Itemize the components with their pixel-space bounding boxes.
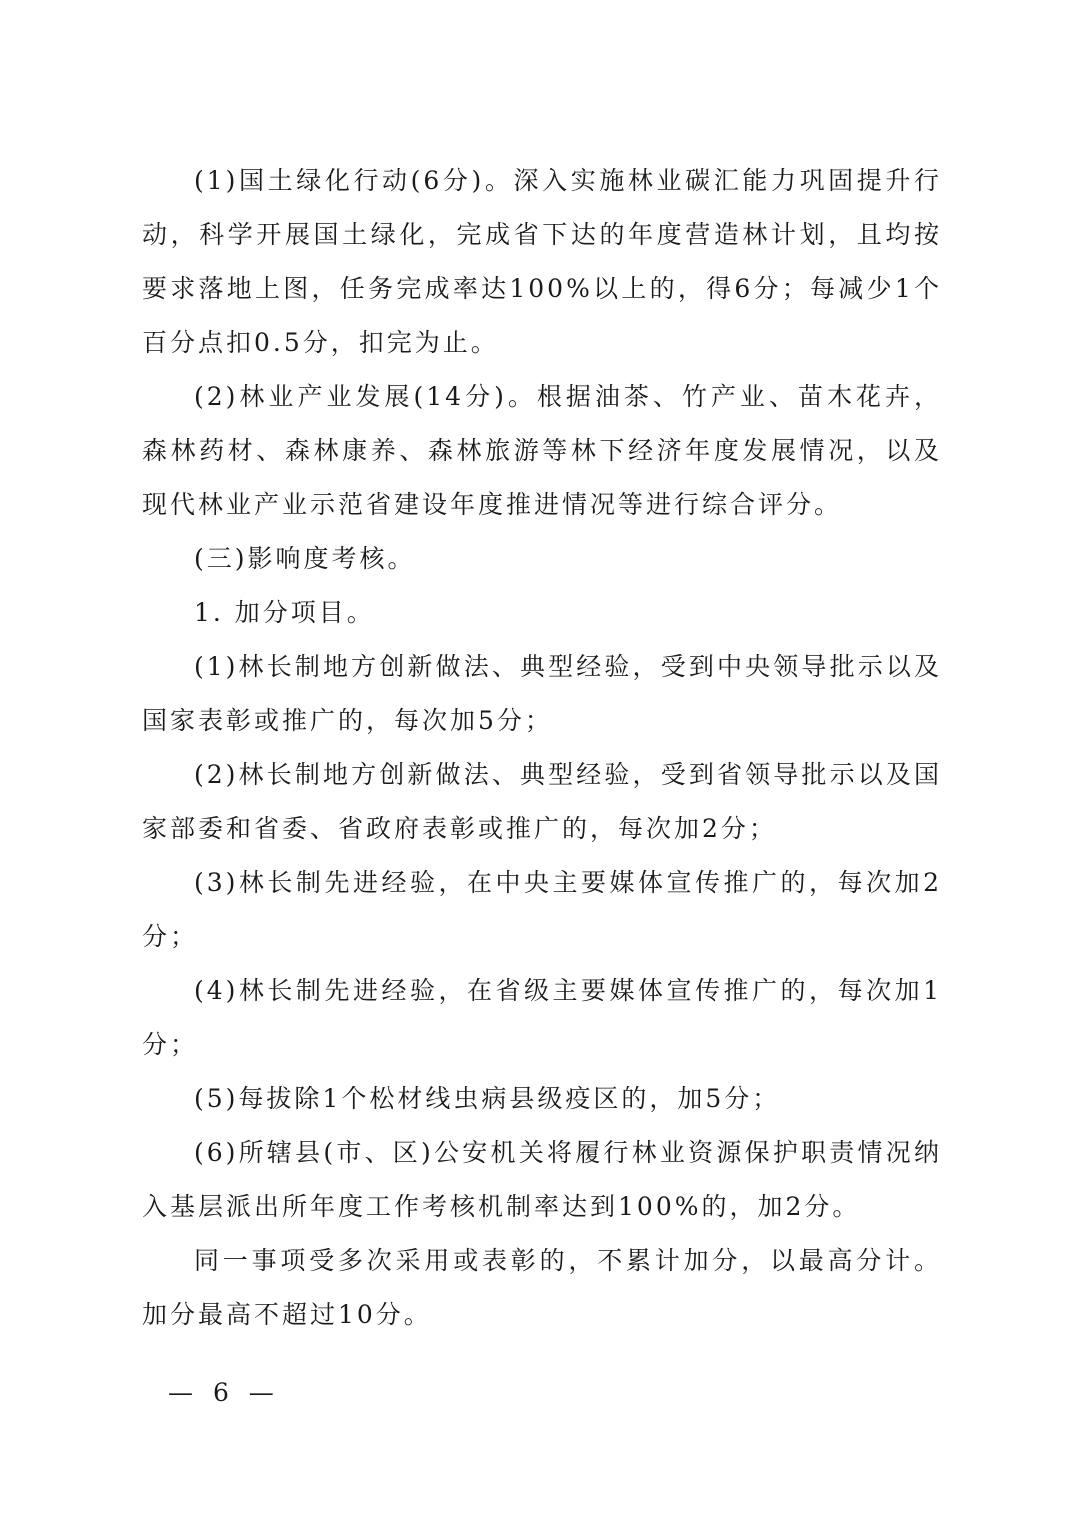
paragraph-bonus-item-6: (6)所辖县(市、区)公安机关将履行林业资源保护职责情况纳入基层派出所年度工作考… bbox=[142, 1126, 942, 1234]
paragraph-bonus-item-2: (2)林长制地方创新做法、典型经验，受到省领导批示以及国家部委和省委、省政府表彰… bbox=[142, 748, 942, 856]
paragraph-bonus-cap-note: 同一事项受多次采用或表彰的，不累计加分，以最高分计。加分最高不超过10分。 bbox=[142, 1234, 942, 1342]
paragraph-bonus-item-4: (4)林长制先进经验，在省级主要媒体宣传推广的，每次加1分； bbox=[142, 964, 942, 1072]
paragraph-forestry-industry: (2)林业产业发展(14分)。根据油茶、竹产业、苗木花卉，森林药材、森林康养、森… bbox=[142, 370, 942, 532]
section-heading-impact-assessment: (三)影响度考核。 bbox=[142, 532, 942, 586]
paragraph-bonus-item-3: (3)林长制先进经验，在中央主要媒体宣传推广的，每次加2分； bbox=[142, 856, 942, 964]
paragraph-land-greening: (1)国土绿化行动(6分)。深入实施林业碳汇能力巩固提升行动，科学开展国土绿化，… bbox=[142, 154, 942, 370]
subsection-heading-bonus-items: 1. 加分项目。 bbox=[142, 586, 942, 640]
page-number: — 6 — bbox=[168, 1378, 280, 1407]
paragraph-bonus-item-1: (1)林长制地方创新做法、典型经验，受到中央领导批示以及国家表彰或推广的，每次加… bbox=[142, 640, 942, 748]
document-page: (1)国土绿化行动(6分)。深入实施林业碳汇能力巩固提升行动，科学开展国土绿化，… bbox=[142, 154, 942, 1342]
paragraph-bonus-item-5: (5)每拔除1个松材线虫病县级疫区的，加5分； bbox=[142, 1072, 942, 1126]
